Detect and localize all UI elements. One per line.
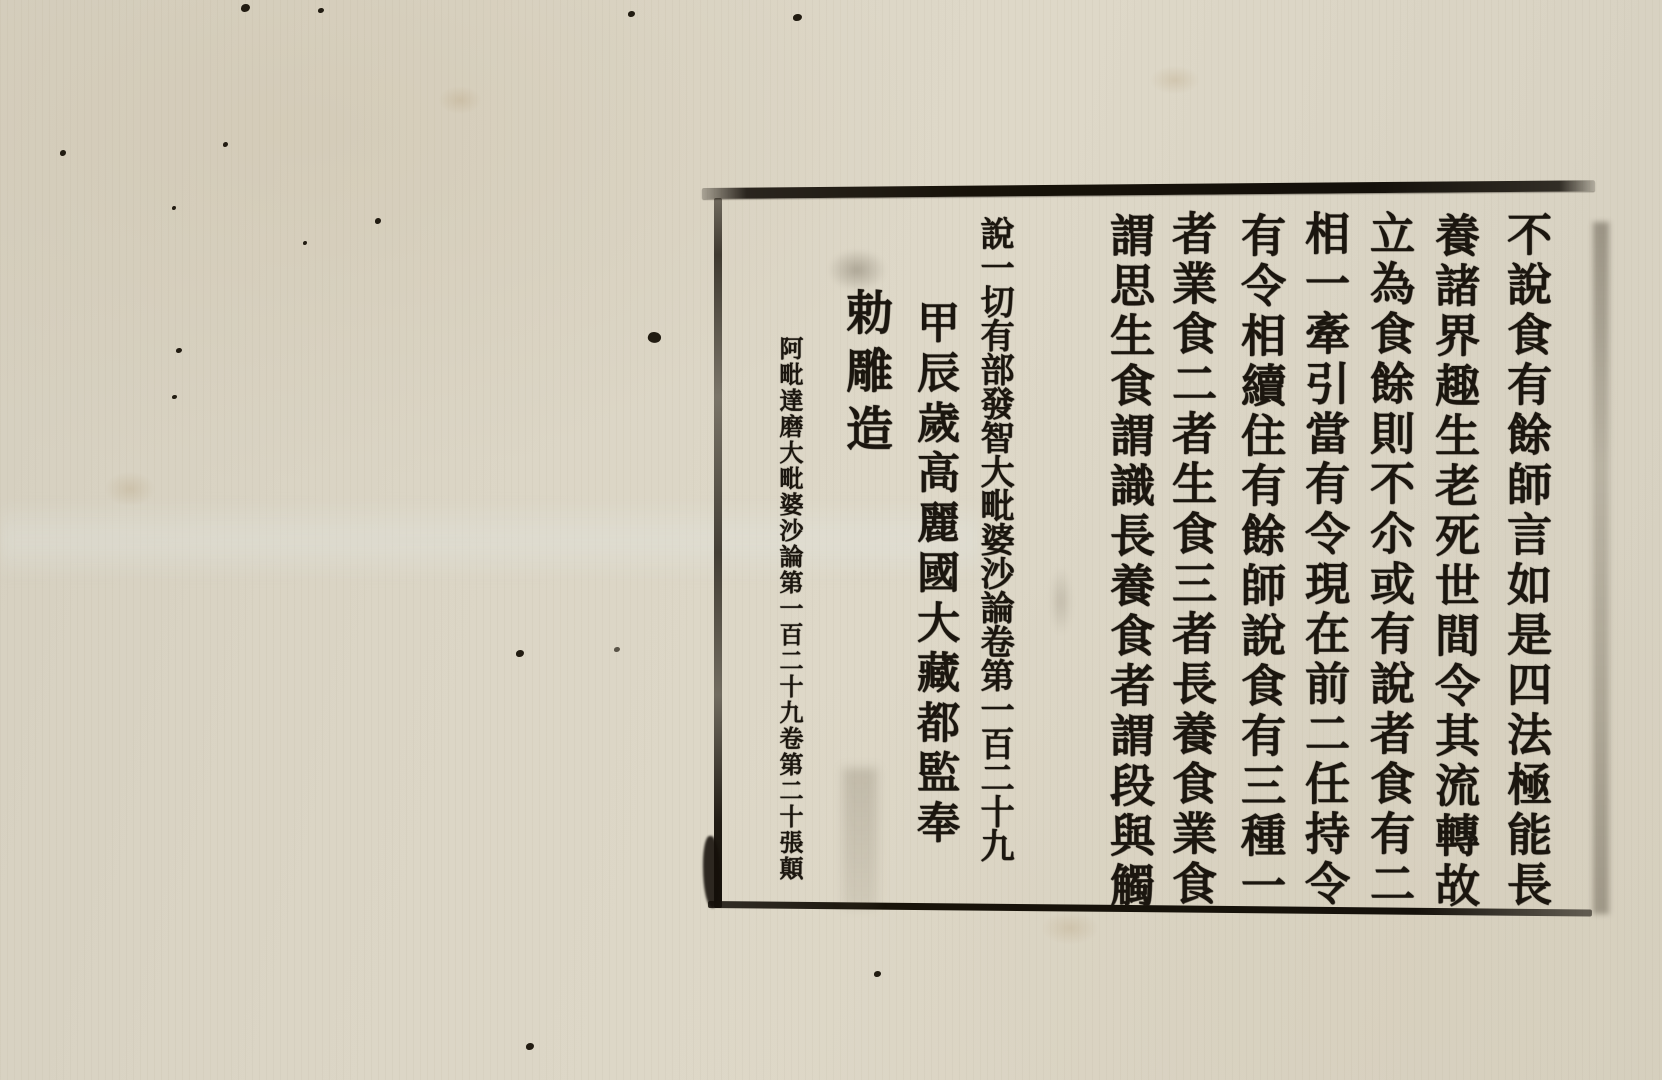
- text-column-1: 不說食有餘師言如是四法極能長: [1503, 211, 1548, 911]
- ink-speck: [172, 395, 177, 399]
- block-border-top: [702, 180, 1595, 199]
- colophon-date-column: 甲辰歲高麗國大藏都監奉: [913, 300, 956, 850]
- ink-smudge: [1046, 556, 1076, 646]
- text-column-2: 養諸界趣生老死世間令其流轉故: [1431, 212, 1476, 912]
- ink-blob-bottom-left: [703, 836, 720, 908]
- paper-stain: [430, 80, 490, 120]
- ink-speck: [628, 11, 635, 17]
- ink-speck: [874, 971, 881, 977]
- ink-speck: [526, 1043, 534, 1050]
- paper-stain: [1030, 905, 1110, 951]
- sheet-marker-column: 阿毗達磨大毗婆沙論第一百二十九卷第二十張顛: [777, 336, 801, 882]
- ink-speck: [241, 4, 250, 12]
- ink-speck: [60, 150, 66, 156]
- scanned-sutra-page: 不說食有餘師言如是四法極能長 養諸界趣生老死世間令其流轉故 立為食餘則不尒或有說…: [0, 0, 1662, 1080]
- ink-speck: [647, 330, 663, 345]
- ink-speck: [516, 650, 524, 657]
- text-column-7: 謂思生食謂識長養食者謂段與觸: [1106, 212, 1151, 912]
- paper-light-band: [0, 500, 980, 580]
- ink-speck: [614, 647, 620, 652]
- ink-speck: [318, 8, 324, 13]
- text-column-6: 者業食二者生食三者長養食業食: [1168, 210, 1213, 910]
- text-column-3: 立為食餘則不尒或有說者食有二: [1366, 210, 1411, 910]
- paper-stain: [95, 465, 165, 513]
- block-border-left: [714, 198, 722, 908]
- ink-smudge: [843, 768, 877, 908]
- colophon-edict-column: 勅雕造: [842, 288, 889, 462]
- ink-speck: [303, 241, 307, 245]
- text-column-4: 相一牽引當有令現在前二任持令: [1301, 210, 1346, 910]
- scroll-title-column: 說一切有部發智大毗婆沙論卷第一百二十九: [977, 216, 1011, 862]
- text-column-5: 有令相續住有餘師說食有三種一: [1237, 212, 1282, 912]
- block-border-right: [1593, 222, 1609, 914]
- ink-speck: [793, 14, 802, 21]
- ink-speck: [223, 142, 228, 147]
- ink-speck: [375, 218, 381, 224]
- ink-speck: [172, 206, 176, 210]
- ink-speck: [176, 348, 182, 353]
- paper-stain: [1140, 60, 1210, 100]
